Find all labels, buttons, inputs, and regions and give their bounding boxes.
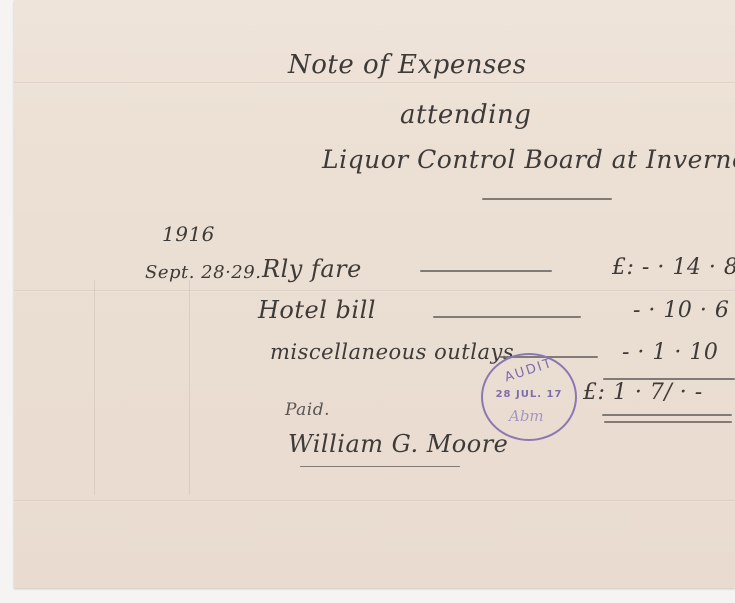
total-underline [602,414,732,416]
total-double-underline [604,421,732,423]
item-amount: - · 10 · 6 [633,298,729,323]
item-amount: - · 1 · 10 [622,340,718,365]
fold-line [14,290,735,292]
item-label: Hotel bill [258,296,376,324]
item-amount: £: - · 14 · 8 [612,255,735,280]
signature: William G. Moore [288,430,508,458]
title-line-3: Liquor Control Board at Inverness. [322,145,735,174]
fold-line [14,82,735,84]
signature-flourish [300,466,460,467]
fold-line-vertical [189,280,190,495]
audit-stamp: AUDIT 28 JUL. 17 Abm [481,353,577,441]
item-label: Rly fare [262,255,362,283]
fold-line-vertical [94,280,95,495]
stamp-initials: Abm [509,407,544,425]
title-underline [482,198,612,200]
fold-line [14,500,735,502]
title-line-1: Note of Expenses [288,50,527,80]
paid-label: Paid. [285,400,330,420]
leader-line [420,270,552,272]
total-amount: £: 1 · 7/ · - [583,380,703,405]
year: 1916 [162,222,215,246]
expense-note-paper [14,0,735,588]
stamp-date: 28 JUL. 17 [483,389,575,400]
title-line-2: attending [400,100,531,130]
date: Sept. 28·29. [145,262,261,283]
item-label: miscellaneous outlays [270,340,514,364]
leader-line [433,316,581,318]
